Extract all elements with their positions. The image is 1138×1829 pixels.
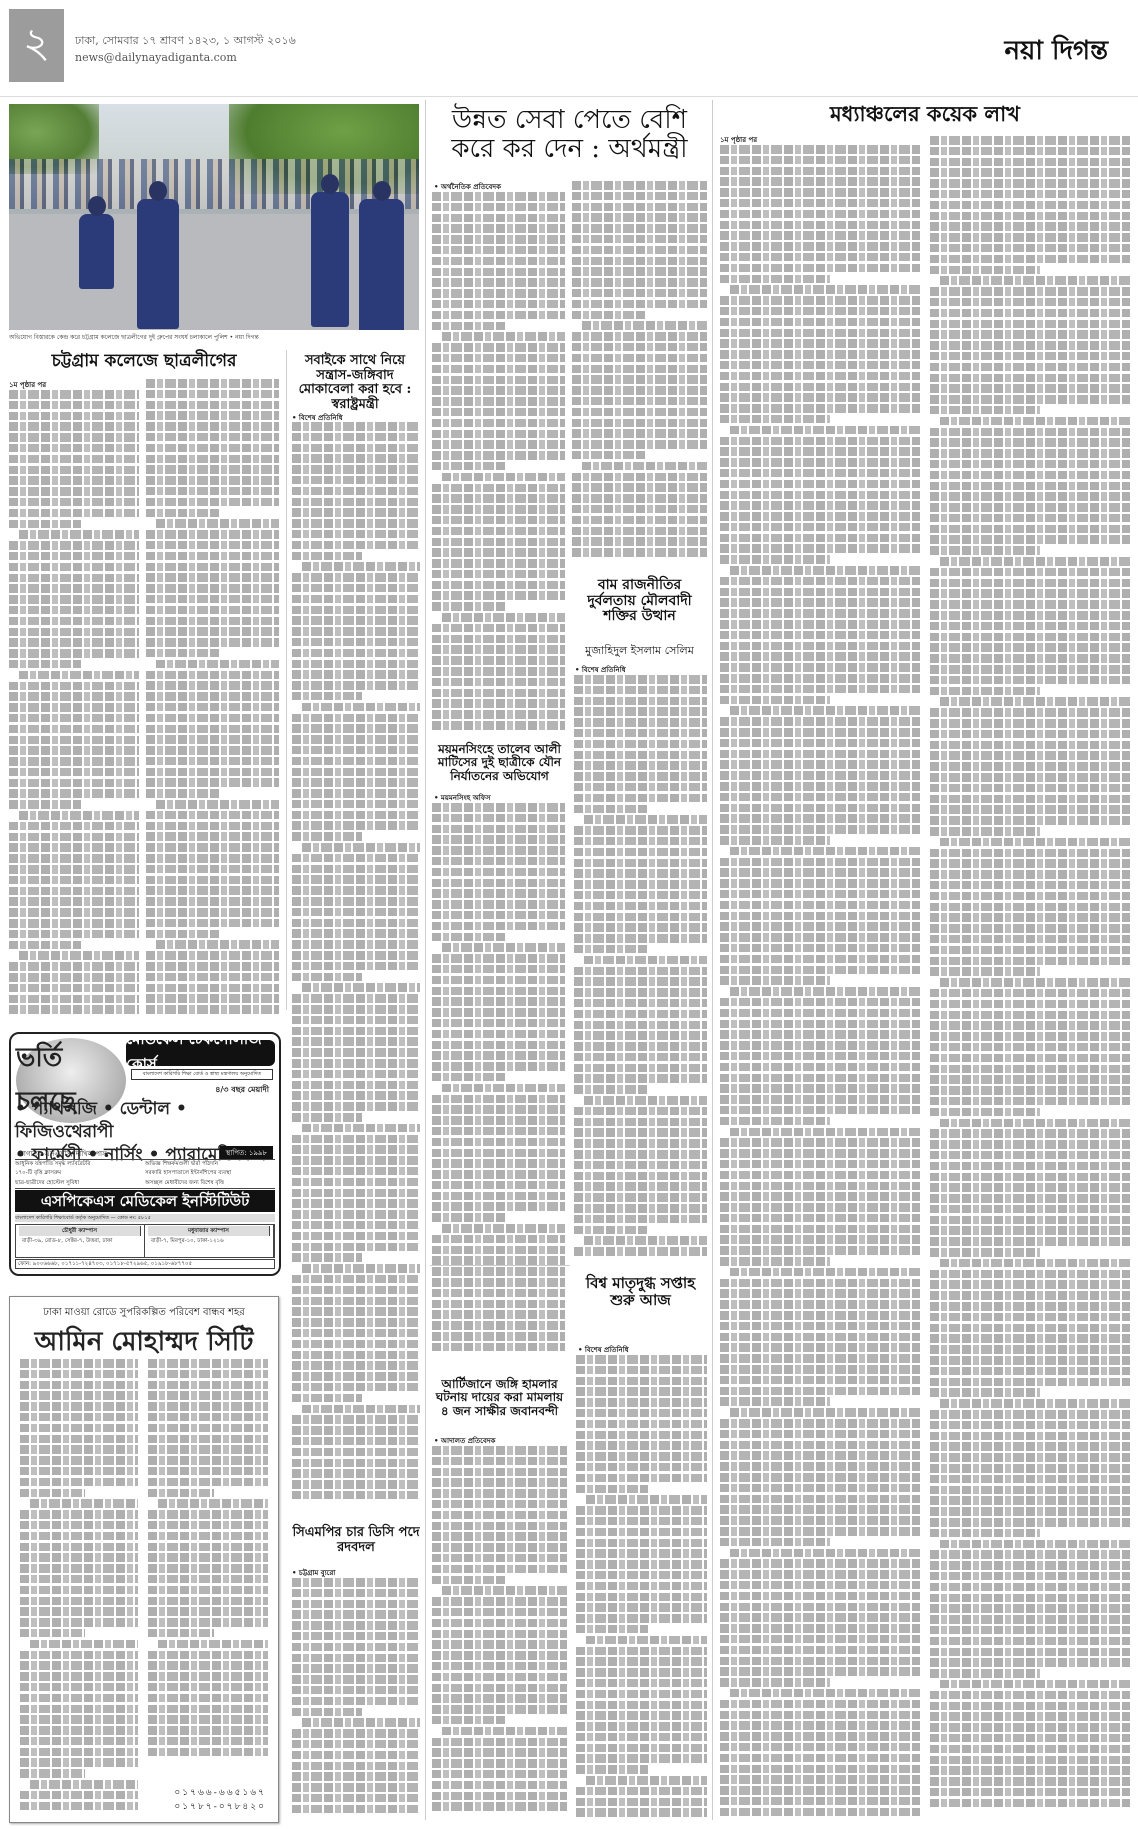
text-line [572, 397, 707, 406]
text-line [572, 494, 707, 503]
text-line [574, 859, 707, 868]
text-line [930, 611, 1130, 620]
text-line [9, 509, 139, 518]
text-line [292, 1740, 420, 1749]
text-line [930, 1518, 1130, 1527]
text-line [148, 1424, 268, 1433]
text-line [148, 1381, 268, 1390]
text-line [930, 892, 1130, 901]
text-line [574, 869, 707, 878]
text-line [432, 667, 565, 676]
text-line [930, 687, 1040, 696]
text-line [148, 1618, 268, 1627]
text-line [432, 1662, 567, 1671]
text-line [292, 1480, 420, 1489]
text-line [20, 1715, 138, 1724]
text-line [146, 930, 219, 939]
text-line [584, 1096, 707, 1105]
text-line [720, 221, 920, 230]
text-line [292, 508, 420, 517]
text-line [930, 1691, 1130, 1700]
text-line [930, 1734, 1130, 1743]
text-line [432, 803, 565, 812]
text-line [576, 1711, 707, 1720]
text-line [20, 1478, 138, 1487]
text-line [720, 199, 920, 208]
text-line [720, 1214, 920, 1223]
text-line [9, 584, 139, 593]
text-line [572, 483, 707, 492]
text-line [720, 1289, 920, 1298]
text-line [930, 222, 1130, 231]
text-line [292, 994, 420, 1003]
text-line [720, 307, 920, 316]
text-line [720, 739, 920, 748]
text-line [292, 1102, 420, 1111]
text-line [292, 1210, 420, 1219]
text-line [572, 505, 707, 514]
text-line [432, 581, 565, 590]
text-line [292, 800, 420, 809]
text-line [9, 422, 139, 431]
text-line [20, 1424, 138, 1433]
text-line [432, 1554, 567, 1563]
text-line [302, 1264, 420, 1273]
course-item: ডেন্টাল [120, 1099, 170, 1119]
text-line [432, 699, 565, 708]
text-line [148, 1413, 268, 1422]
property-ad[interactable]: ঢাকা মাওয়া রোডে সুপরিকল্পিত পরিবেশ বান্… [9, 1296, 279, 1823]
text-line [432, 1770, 567, 1779]
text-line [20, 1758, 138, 1767]
feature-list: আধুনিক যন্ত্রপাতি সমৃদ্ধ ল্যাবরেটরি অভিজ… [15, 1159, 275, 1189]
text-line [930, 1194, 1130, 1203]
text-line [20, 1791, 138, 1800]
text-line [156, 660, 279, 669]
text-line [292, 821, 420, 830]
text-line [20, 1597, 138, 1606]
text-line [20, 1802, 138, 1811]
text-line [720, 329, 920, 338]
text-line [432, 257, 565, 266]
text-line [432, 1116, 565, 1125]
text-line [146, 476, 279, 485]
text-line [720, 1138, 920, 1147]
text-line [292, 422, 420, 431]
text-line [292, 1621, 420, 1630]
text-line [572, 224, 707, 233]
text-line [930, 546, 1040, 555]
text-line [940, 1680, 1130, 1689]
text-line [574, 794, 707, 803]
institute-name: এসপিকেএস মেডিকেল ইনস্টিটিউট [15, 1190, 275, 1212]
text-line [576, 1668, 707, 1677]
text-line [292, 660, 420, 669]
text-line [292, 1643, 420, 1652]
text-line [9, 476, 139, 485]
text-line [930, 1442, 1130, 1451]
text-line [720, 1775, 920, 1784]
text-line [292, 757, 420, 766]
text-line [574, 707, 707, 716]
text-line [146, 573, 279, 582]
text-line [720, 1473, 920, 1482]
text-line [9, 520, 81, 529]
text-line [9, 843, 139, 852]
text-line [292, 1286, 420, 1295]
text-line [720, 1538, 830, 1547]
text-line [432, 1651, 567, 1660]
text-line [432, 889, 565, 898]
text-line [720, 242, 920, 251]
text-line [572, 408, 707, 417]
text-line [30, 1640, 138, 1649]
text-line [576, 1441, 707, 1450]
text-line [930, 967, 1040, 976]
text-line [720, 1052, 920, 1061]
text-line [292, 649, 420, 658]
text-line [292, 1394, 362, 1403]
campus-address: বাড়ী-৭, মিরপুর-১০, ঢাকা-১২১৬ [148, 1236, 270, 1246]
text-line [930, 1486, 1130, 1495]
text-line [720, 523, 920, 532]
text-line [432, 987, 565, 996]
text-line [432, 1640, 567, 1649]
campus-name: মধুবাজার ক্যাম্পাস [148, 1226, 270, 1236]
article-body-tax-cont [572, 181, 707, 566]
text-line [292, 714, 420, 723]
text-line [720, 944, 920, 953]
text-line [9, 412, 139, 421]
text-line [432, 1705, 567, 1714]
text-line [930, 1658, 1130, 1667]
text-line [292, 454, 420, 463]
text-line [9, 779, 139, 788]
text-line [146, 822, 279, 831]
text-line [9, 649, 139, 658]
text-line [720, 383, 920, 392]
text-line [574, 999, 707, 1008]
text-line [432, 900, 565, 909]
text-line [930, 212, 1130, 221]
text-line [720, 890, 920, 899]
email-link[interactable]: news@dailynayadiganta.com [75, 49, 296, 66]
text-line [930, 535, 1130, 544]
text-line [572, 278, 707, 287]
text-line [20, 1456, 138, 1465]
text-line [720, 717, 920, 726]
feature-item: ছাত্র-ছাত্রীদের হোস্টেল সুবিধা [15, 1179, 145, 1188]
text-line [292, 519, 420, 528]
text-line [720, 1354, 920, 1363]
text-line [720, 825, 920, 834]
text-line [730, 1128, 920, 1137]
text-line [720, 447, 920, 456]
text-line [930, 784, 1130, 793]
text-line [930, 816, 1130, 825]
text-line [720, 145, 920, 154]
text-line [19, 671, 139, 680]
text-line [9, 854, 139, 863]
text-line [148, 1435, 268, 1444]
text-line [574, 675, 707, 684]
text-line [572, 375, 707, 384]
text-line [720, 1743, 920, 1752]
text-line [292, 606, 420, 615]
text-line [146, 638, 279, 647]
text-line [720, 1246, 920, 1255]
text-line [146, 865, 279, 874]
text-line [9, 984, 139, 993]
text-line [432, 1673, 567, 1682]
text-line [930, 1151, 1130, 1160]
text-line [730, 1689, 920, 1698]
text-line [576, 1733, 707, 1742]
text-line [720, 750, 920, 759]
text-line [292, 951, 420, 960]
text-line [574, 1150, 707, 1159]
text-line [720, 1495, 920, 1504]
text-line [146, 433, 279, 442]
text-line [432, 1289, 565, 1298]
text-line [292, 1751, 420, 1760]
text-line [720, 1430, 920, 1439]
feature-item: আধুনিক যন্ত্রপাতি সমৃদ্ধ ল্যাবরেটরি [15, 1160, 145, 1169]
text-line [432, 1256, 565, 1265]
text-line [292, 929, 420, 938]
text-line [720, 1678, 830, 1687]
text-line [432, 1181, 565, 1190]
text-line [720, 1451, 920, 1460]
article-body-artisan [432, 1446, 567, 1821]
text-line [930, 849, 1130, 858]
text-line [720, 1387, 920, 1396]
text-line [148, 1705, 268, 1714]
headline-terror[interactable]: সবাইকে সাথে নিয়ে সন্ত্রাস-জঙ্গিবাদ মোকা… [290, 354, 420, 412]
text-line [930, 1702, 1130, 1711]
text-line [576, 1474, 707, 1483]
text-line [576, 1614, 707, 1623]
campus-name: চৌধুরী ক্যাম্পাস [19, 1226, 141, 1236]
text-line [720, 760, 920, 769]
text-line [292, 1772, 420, 1781]
text-line [432, 1008, 565, 1017]
text-line [9, 498, 139, 507]
text-line [720, 609, 920, 618]
masthead-divider [0, 96, 1138, 97]
text-line [730, 987, 920, 996]
text-line [432, 1748, 567, 1757]
text-line [20, 1726, 138, 1735]
text-line [20, 1618, 138, 1627]
text-line [930, 1550, 1130, 1559]
text-line [930, 1216, 1130, 1225]
text-line [148, 1748, 268, 1757]
text-line [930, 1637, 1130, 1646]
text-line [572, 235, 707, 244]
text-line [720, 598, 920, 607]
campus-list: চৌধুরী ক্যাম্পাসবাড়ী-৩৯, রোড-৮, সেক্টর-… [15, 1224, 275, 1258]
headline-breastfeeding[interactable]: বিশ্ব মাতৃদুগ্ধ সপ্তাহ শুরু আজ [574, 1275, 707, 1309]
text-line [720, 264, 920, 273]
text-line [930, 1723, 1130, 1732]
text-line [9, 682, 139, 691]
headline-cmp[interactable]: সিএমপির চার ডিসি পদে রদবদল [290, 1526, 422, 1555]
text-line [720, 350, 920, 359]
text-line [146, 422, 279, 431]
text-line [20, 1683, 138, 1692]
text-line [720, 253, 920, 262]
police-figure [79, 214, 114, 289]
text-line [930, 1756, 1130, 1765]
text-line [442, 1727, 567, 1736]
text-line [930, 374, 1130, 383]
text-line [720, 469, 920, 478]
text-line [292, 670, 420, 679]
text-line [146, 584, 279, 593]
text-line [576, 1539, 707, 1548]
headline-artisan[interactable]: আর্টিজানে জঙ্গি হামলার ঘটনায় দায়ের করা… [432, 1378, 567, 1418]
text-line [20, 1629, 85, 1638]
text-line [292, 444, 420, 453]
text-line [9, 714, 139, 723]
text-line [432, 721, 565, 730]
text-line [930, 1712, 1130, 1721]
text-line [432, 1030, 565, 1039]
text-line [930, 298, 1130, 307]
text-line [148, 1597, 268, 1606]
text-line [432, 559, 565, 568]
text-line [572, 311, 646, 320]
text-line [292, 1016, 420, 1025]
text-line [720, 868, 920, 877]
text-line [292, 616, 420, 625]
text-line [432, 451, 565, 460]
text-line [432, 1489, 567, 1498]
text-line [302, 703, 420, 712]
text-line [292, 1426, 420, 1435]
text-line [432, 408, 565, 417]
text-line [720, 631, 920, 640]
text-line [302, 1124, 420, 1133]
headline-left-politics[interactable]: বাম রাজনীতির দুর্বলতায় মৌলবাদী শক্তির উ… [572, 578, 707, 625]
text-line [930, 1356, 1130, 1365]
text-line [720, 404, 920, 413]
text-line [720, 1203, 920, 1212]
text-line [9, 962, 139, 971]
text-line [720, 491, 920, 500]
text-line [576, 1593, 707, 1602]
text-line [432, 1127, 565, 1136]
article-body-breastfeeding [576, 1355, 707, 1820]
headline-ctg-college[interactable]: চট্টগ্রাম কলেজে ছাত্রলীগের [9, 352, 279, 371]
text-line [148, 1575, 268, 1584]
text-line [720, 685, 920, 694]
text-line [146, 509, 219, 518]
text-line [730, 847, 920, 856]
text-line [720, 188, 920, 197]
headline-tax[interactable]: উন্নত সেবা পেতে বেশি করে কর দেন : অর্থমন… [432, 106, 707, 164]
text-line [146, 606, 279, 615]
article-body-tax [432, 192, 565, 732]
text-line [720, 1343, 920, 1352]
text-line [572, 548, 707, 557]
text-line [146, 617, 279, 626]
text-line [432, 1716, 506, 1725]
headline-middle-region[interactable]: মধ্যাঞ্চলের কয়েক লাখ [720, 102, 1130, 126]
text-line [930, 449, 1130, 458]
text-line [720, 976, 830, 985]
text-line [20, 1553, 138, 1562]
medical-institute-ad[interactable]: ভর্তি চলছে মেডিকেল টেকনোলজি কোর্স বাংলাদ… [9, 1032, 281, 1276]
text-line [292, 724, 420, 733]
text-line [930, 482, 1130, 491]
text-line [940, 1399, 1130, 1408]
police-figure [137, 199, 179, 329]
text-line [432, 1138, 565, 1147]
text-line [930, 341, 1130, 350]
text-line [9, 941, 81, 950]
text-line [158, 1640, 268, 1649]
text-line [432, 1694, 567, 1703]
text-line [20, 1370, 138, 1379]
text-line [9, 606, 139, 615]
text-line [146, 768, 279, 777]
text-line [292, 1729, 420, 1738]
text-line [930, 1173, 1130, 1182]
text-line [432, 289, 565, 298]
text-line [292, 584, 420, 593]
text-line [148, 1683, 268, 1692]
ad-phone-numbers: ফোন: ৯০০৬৬৬৮, ০১৭১১-৭২৪৭০৩, ০১৭১৮-৫৭২৯৬৫… [15, 1259, 275, 1269]
text-line [930, 1594, 1130, 1603]
text-line [720, 1192, 920, 1201]
headline-mymensingh[interactable]: ময়মনসিংহে তালেব আলী মাটিসের দুই ছাত্রীক… [432, 743, 567, 783]
text-line [148, 1467, 268, 1476]
text-line [940, 557, 1130, 566]
text-line [572, 419, 707, 428]
text-line [292, 1027, 420, 1036]
text-line [20, 1672, 138, 1681]
text-line [292, 573, 420, 582]
text-line [930, 1345, 1130, 1354]
text-line [930, 913, 1130, 922]
text-line [9, 401, 139, 410]
text-line [292, 1307, 420, 1316]
feature-item: অসচ্ছল মেধাবীদের জন্য বিশেষ বৃত্তি [145, 1179, 275, 1188]
text-line [940, 276, 1130, 285]
text-line [146, 401, 279, 410]
text-line [19, 951, 139, 960]
text-line [148, 1391, 268, 1400]
text-line [930, 201, 1130, 210]
text-line [930, 589, 1130, 598]
text-line [292, 746, 420, 755]
text-line [720, 1667, 920, 1676]
text-line [930, 320, 1130, 329]
text-line [9, 757, 139, 766]
text-line [148, 1521, 268, 1530]
text-line [720, 1462, 920, 1471]
photo-caption: অভিযোগ বিস্তারকে কেন্দ্র করে চট্টগ্রাম ক… [9, 332, 419, 343]
text-line [930, 1561, 1130, 1570]
text-line [292, 498, 420, 507]
text-line [432, 538, 565, 547]
text-line [432, 933, 505, 942]
text-line [9, 390, 139, 399]
text-line [720, 1376, 920, 1385]
text-line [940, 697, 1130, 706]
